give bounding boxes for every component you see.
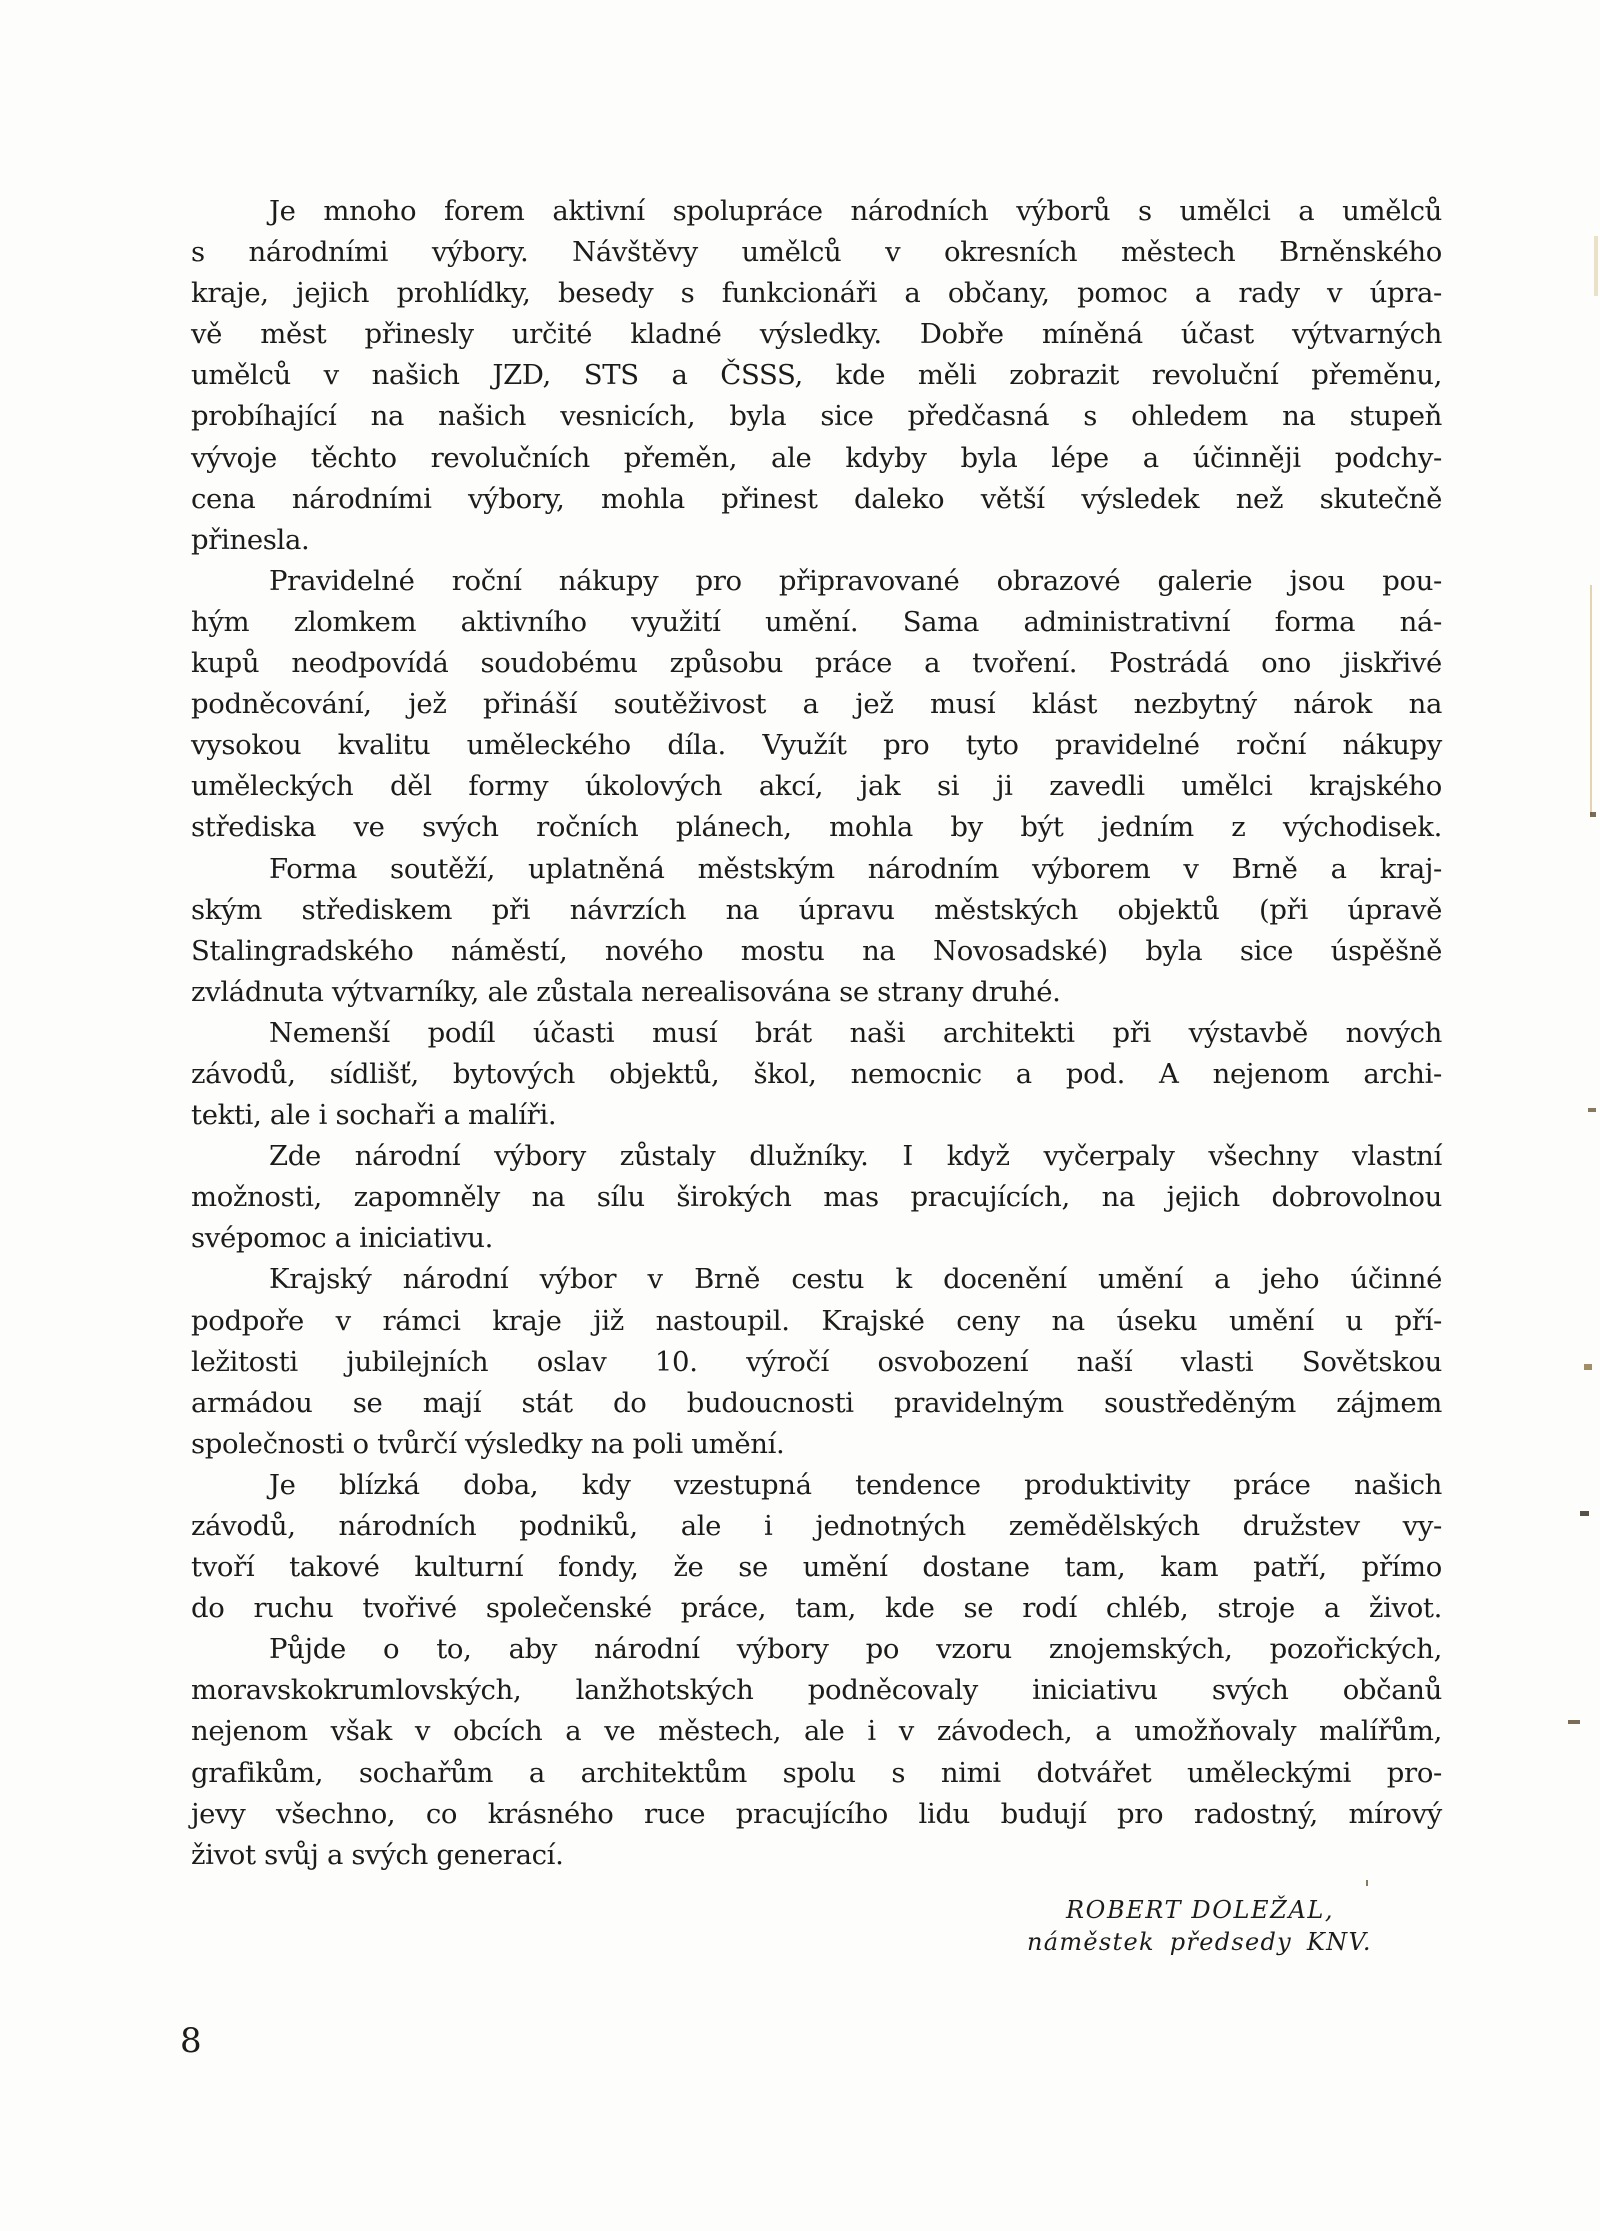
paragraph: Krajský národní výbor v Brně cestu k doc… — [191, 1259, 1442, 1464]
text-line: cena národními výbory, mohla přinest dal… — [191, 479, 1442, 520]
paragraph: Je blízká doba, kdy vzestupná tendence p… — [191, 1465, 1442, 1629]
paragraph: Nemenší podíl účasti musí brát naši arch… — [191, 1013, 1442, 1136]
text-line: Je blízká doba, kdy vzestupná tendence p… — [191, 1465, 1442, 1506]
text-line: možnosti, zapomněly na sílu širokých mas… — [191, 1177, 1442, 1218]
text-line: ležitosti jubilejních oslav 10. výročí o… — [191, 1342, 1442, 1383]
text-line: Zde národní výbory zůstaly dlužníky. I k… — [191, 1136, 1442, 1177]
text-line: armádou se mají stát do budoucnosti prav… — [191, 1383, 1442, 1424]
text-line: vě měst přinesly určité kladné výsledky.… — [191, 314, 1442, 355]
text-line: uměleckých děl formy úkolových akcí, jak… — [191, 766, 1442, 807]
signature-title: náměstek předsedy KNV. — [1027, 1928, 1372, 1956]
page-number: 8 — [180, 2021, 202, 2061]
text-line: s národními výbory. Návštěvy umělců v ok… — [191, 232, 1442, 273]
text-line: zvládnuta výtvarníky, ale zůstala nereal… — [191, 972, 1442, 1013]
text-line: Forma soutěží, uplatněná městským národn… — [191, 849, 1442, 890]
text-line: grafikům, sochařům a architektům spolu s… — [191, 1753, 1442, 1794]
text-line: probíhající na našich vesnicích, byla si… — [191, 396, 1442, 437]
paragraph: Zde národní výbory zůstaly dlužníky. I k… — [191, 1136, 1442, 1259]
text-line: umělců v našich JZD, STS a ČSSS, kde měl… — [191, 355, 1442, 396]
text-line: tvoří takové kulturní fondy, že se umění… — [191, 1547, 1442, 1588]
scan-speck — [1590, 812, 1596, 817]
text-line: závodů, národních podniků, ale i jednotn… — [191, 1506, 1442, 1547]
text-line: Nemenší podíl účasti musí brát naši arch… — [191, 1013, 1442, 1054]
text-line: závodů, sídlišť, bytových objektů, škol,… — [191, 1054, 1442, 1095]
text-line: podněcování, jež přináší soutěživost a j… — [191, 684, 1442, 725]
scan-speck — [1366, 1880, 1368, 1886]
text-line: svépomoc a iniciativu. — [191, 1218, 1442, 1259]
text-line: Půjde o to, aby národní výbory po vzoru … — [191, 1629, 1442, 1670]
text-line: život svůj a svých generací. — [191, 1835, 1442, 1876]
text-line: Krajský národní výbor v Brně cestu k doc… — [191, 1259, 1442, 1300]
scan-speck — [1588, 1108, 1596, 1112]
text-line: nejenom však v obcích a ve městech, ale … — [191, 1711, 1442, 1752]
text-line: vysokou kvalitu uměleckého díla. Využít … — [191, 725, 1442, 766]
text-line: Pravidelné roční nákupy pro připravované… — [191, 561, 1442, 602]
text-line: vývoje těchto revolučních přeměn, ale kd… — [191, 438, 1442, 479]
text-line: ským střediskem při návrzích na úpravu m… — [191, 890, 1442, 931]
scan-edge-line — [1590, 585, 1592, 815]
scan-speck — [1568, 1720, 1580, 1724]
paragraph: Pravidelné roční nákupy pro připravované… — [191, 561, 1442, 849]
paragraph: Je mnoho forem aktivní spolupráce národn… — [191, 191, 1442, 561]
text-line: podpoře v rámci kraje již nastoupil. Kra… — [191, 1301, 1442, 1342]
text-line: střediska ve svých ročních plánech, mohl… — [191, 807, 1442, 848]
text-line: přinesla. — [191, 520, 1442, 561]
paragraph: Půjde o to, aby národní výbory po vzoru … — [191, 1629, 1442, 1876]
text-line: moravskokrumlovských, lanžhotských podně… — [191, 1670, 1442, 1711]
text-line: Je mnoho forem aktivní spolupráce národn… — [191, 191, 1442, 232]
text-line: kupů neodpovídá soudobému způsobu práce … — [191, 643, 1442, 684]
document-page: Je mnoho forem aktivní spolupráce národn… — [0, 0, 1600, 2231]
text-line: společnosti o tvůrčí výsledky na poli um… — [191, 1424, 1442, 1465]
scan-speck — [1584, 1364, 1592, 1370]
scan-speck — [1580, 1511, 1589, 1516]
text-line: do ruchu tvořivé společenské práce, tam,… — [191, 1588, 1442, 1629]
text-line: Stalingradského náměstí, nového mostu na… — [191, 931, 1442, 972]
paragraph: Forma soutěží, uplatněná městským národn… — [191, 849, 1442, 1013]
text-line: jevy všechno, co krásného ruce pracující… — [191, 1794, 1442, 1835]
text-line: tekti, ale i sochaři a malíři. — [191, 1095, 1442, 1136]
signature-name: ROBERT DOLEŽAL, — [1066, 1896, 1334, 1924]
article-body: Je mnoho forem aktivní spolupráce národn… — [191, 191, 1442, 1876]
scan-speck — [1594, 236, 1598, 296]
text-line: kraje, jejich prohlídky, besedy s funkci… — [191, 273, 1442, 314]
text-line: hým zlomkem aktivního využití umění. Sam… — [191, 602, 1442, 643]
